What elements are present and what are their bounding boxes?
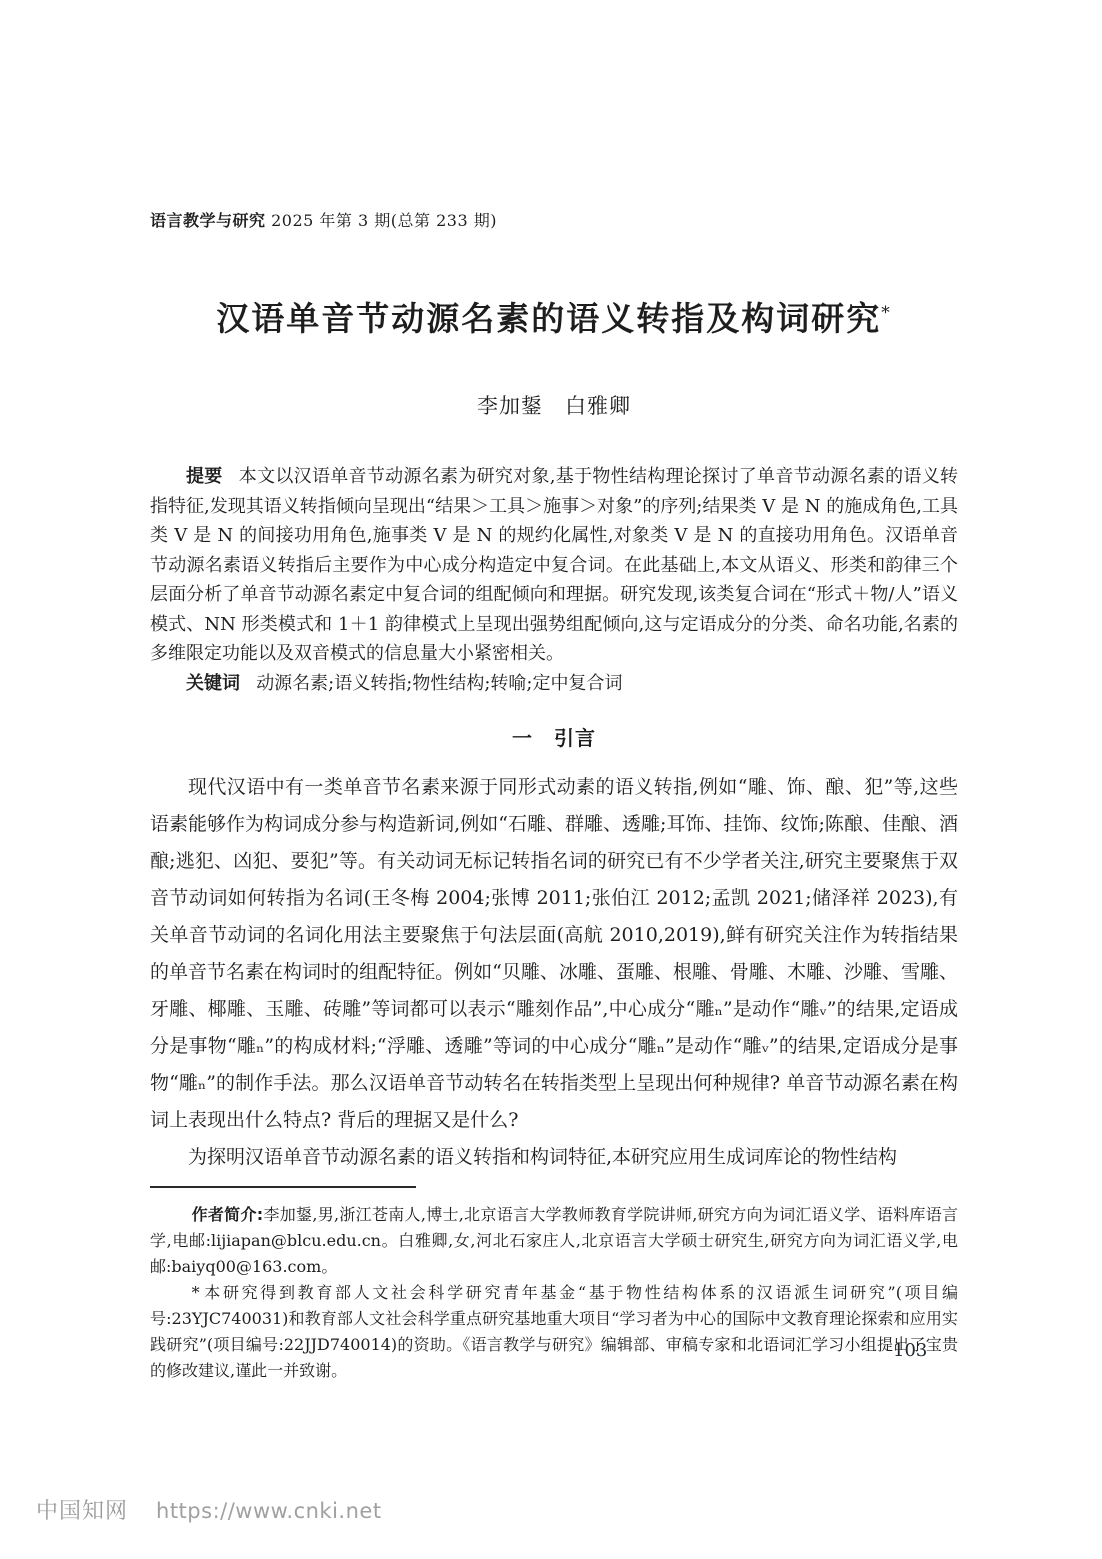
author-bio-text: 李加鋬,男,浙江苍南人,博士,北京语言大学教师教育学院讲师,研究方向为词汇语义学… [150, 1205, 958, 1276]
cnki-site-name: 中国知网 [36, 1499, 128, 1524]
title-footnote-marker: * [881, 303, 892, 323]
abstract-block: 提要本文以汉语单音节动源名素为研究对象,基于物性结构理论探讨了单音节动源名素的语… [150, 462, 958, 698]
author-bio-label: 作者简介: [192, 1205, 264, 1224]
journal-name: 语言教学与研究 [150, 211, 266, 230]
abstract-paragraph: 提要本文以汉语单音节动源名素为研究对象,基于物性结构理论探讨了单音节动源名素的语… [150, 462, 958, 669]
article-title-text: 汉语单音节动源名素的语义转指及构词研究 [216, 299, 881, 338]
footnote-author-bio: 作者简介:李加鋬,男,浙江苍南人,博士,北京语言大学教师教育学院讲师,研究方向为… [150, 1202, 958, 1280]
section-heading-introduction: 一 引言 [150, 722, 958, 751]
journal-header: 语言教学与研究 2025 年第 3 期(总第 233 期) [150, 208, 958, 231]
footnote-divider [150, 1186, 416, 1188]
cnki-url: https://www.cnki.net [156, 1499, 382, 1523]
abstract-label: 提要 [186, 466, 223, 487]
body-paragraph-1: 现代汉语中有一类单音节名素来源于同形式动素的语义转指,例如“雕、饰、酿、犯”等,… [150, 769, 958, 1139]
document-page: 语言教学与研究 2025 年第 3 期(总第 233 期) 汉语单音节动源名素的… [0, 0, 1102, 1559]
footnote-funding: *本研究得到教育部人文社会科学研究青年基金“基于物性结构体系的汉语派生词研究”(… [150, 1280, 958, 1384]
abstract-text: 本文以汉语单音节动源名素为研究对象,基于物性结构理论探讨了单音节动源名素的语义转… [150, 466, 958, 664]
cnki-watermark: 中国知网https://www.cnki.net [36, 1494, 382, 1525]
keywords-text: 动源名素;语义转指;物性结构;转喻;定中复合词 [256, 673, 622, 694]
page-content: 语言教学与研究 2025 年第 3 期(总第 233 期) 汉语单音节动源名素的… [150, 0, 958, 1384]
authors-line: 李加鋬 白雅卿 [150, 390, 958, 420]
keywords-line: 关键词动源名素;语义转指;物性结构;转喻;定中复合词 [150, 669, 958, 699]
funding-text: 本研究得到教育部人文社会科学研究青年基金“基于物性结构体系的汉语派生词研究”(项… [150, 1283, 958, 1380]
article-title: 汉语单音节动源名素的语义转指及构词研究* [150, 293, 958, 340]
keywords-label: 关键词 [186, 673, 240, 694]
body-paragraph-2: 为探明汉语单音节动源名素的语义转指和构词特征,本研究应用生成词库论的物性结构 [150, 1139, 958, 1176]
footnotes-block: 作者简介:李加鋬,男,浙江苍南人,博士,北京语言大学教师教育学院讲师,研究方向为… [150, 1202, 958, 1384]
page-number: 103 [893, 1340, 927, 1361]
journal-issue-info: 2025 年第 3 期(总第 233 期) [266, 211, 497, 230]
funding-asterisk-marker: * [192, 1283, 200, 1302]
